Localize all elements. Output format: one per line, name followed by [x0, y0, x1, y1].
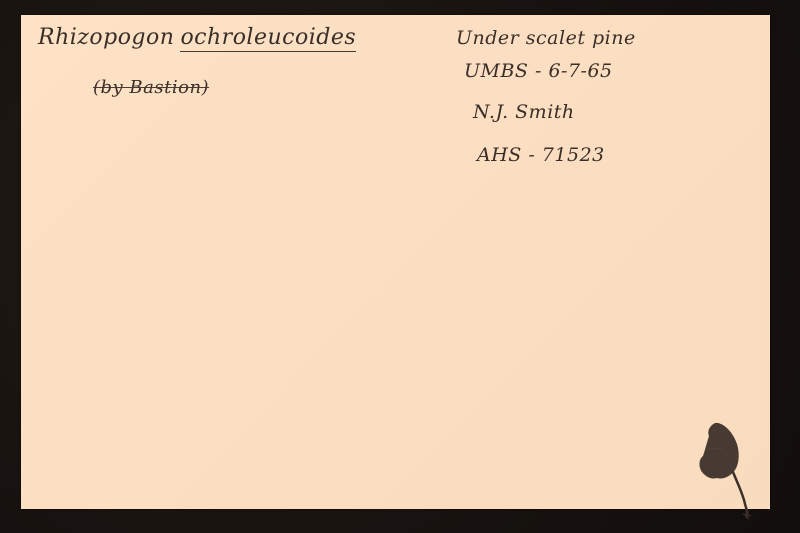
location-date-line: UMBS - 6-7-65 [464, 60, 613, 82]
habitat-line: Under scalet pine [456, 27, 636, 49]
photo-backdrop: Rhizopogonochroleucoides (by Bastion) Un… [0, 0, 800, 533]
taxon-name: Rhizopogonochroleucoides [38, 25, 356, 50]
genus-name: Rhizopogon [38, 25, 174, 50]
collector-line: N.J. Smith [473, 101, 575, 123]
accession-number-line: AHS - 71523 [477, 144, 605, 166]
herbarium-card: Rhizopogonochroleucoides (by Bastion) Un… [21, 15, 770, 509]
mushroom-specimen-icon [693, 420, 753, 520]
species-epithet: ochroleucoides [180, 25, 356, 52]
struck-author-annotation: (by Bastion) [93, 77, 209, 98]
